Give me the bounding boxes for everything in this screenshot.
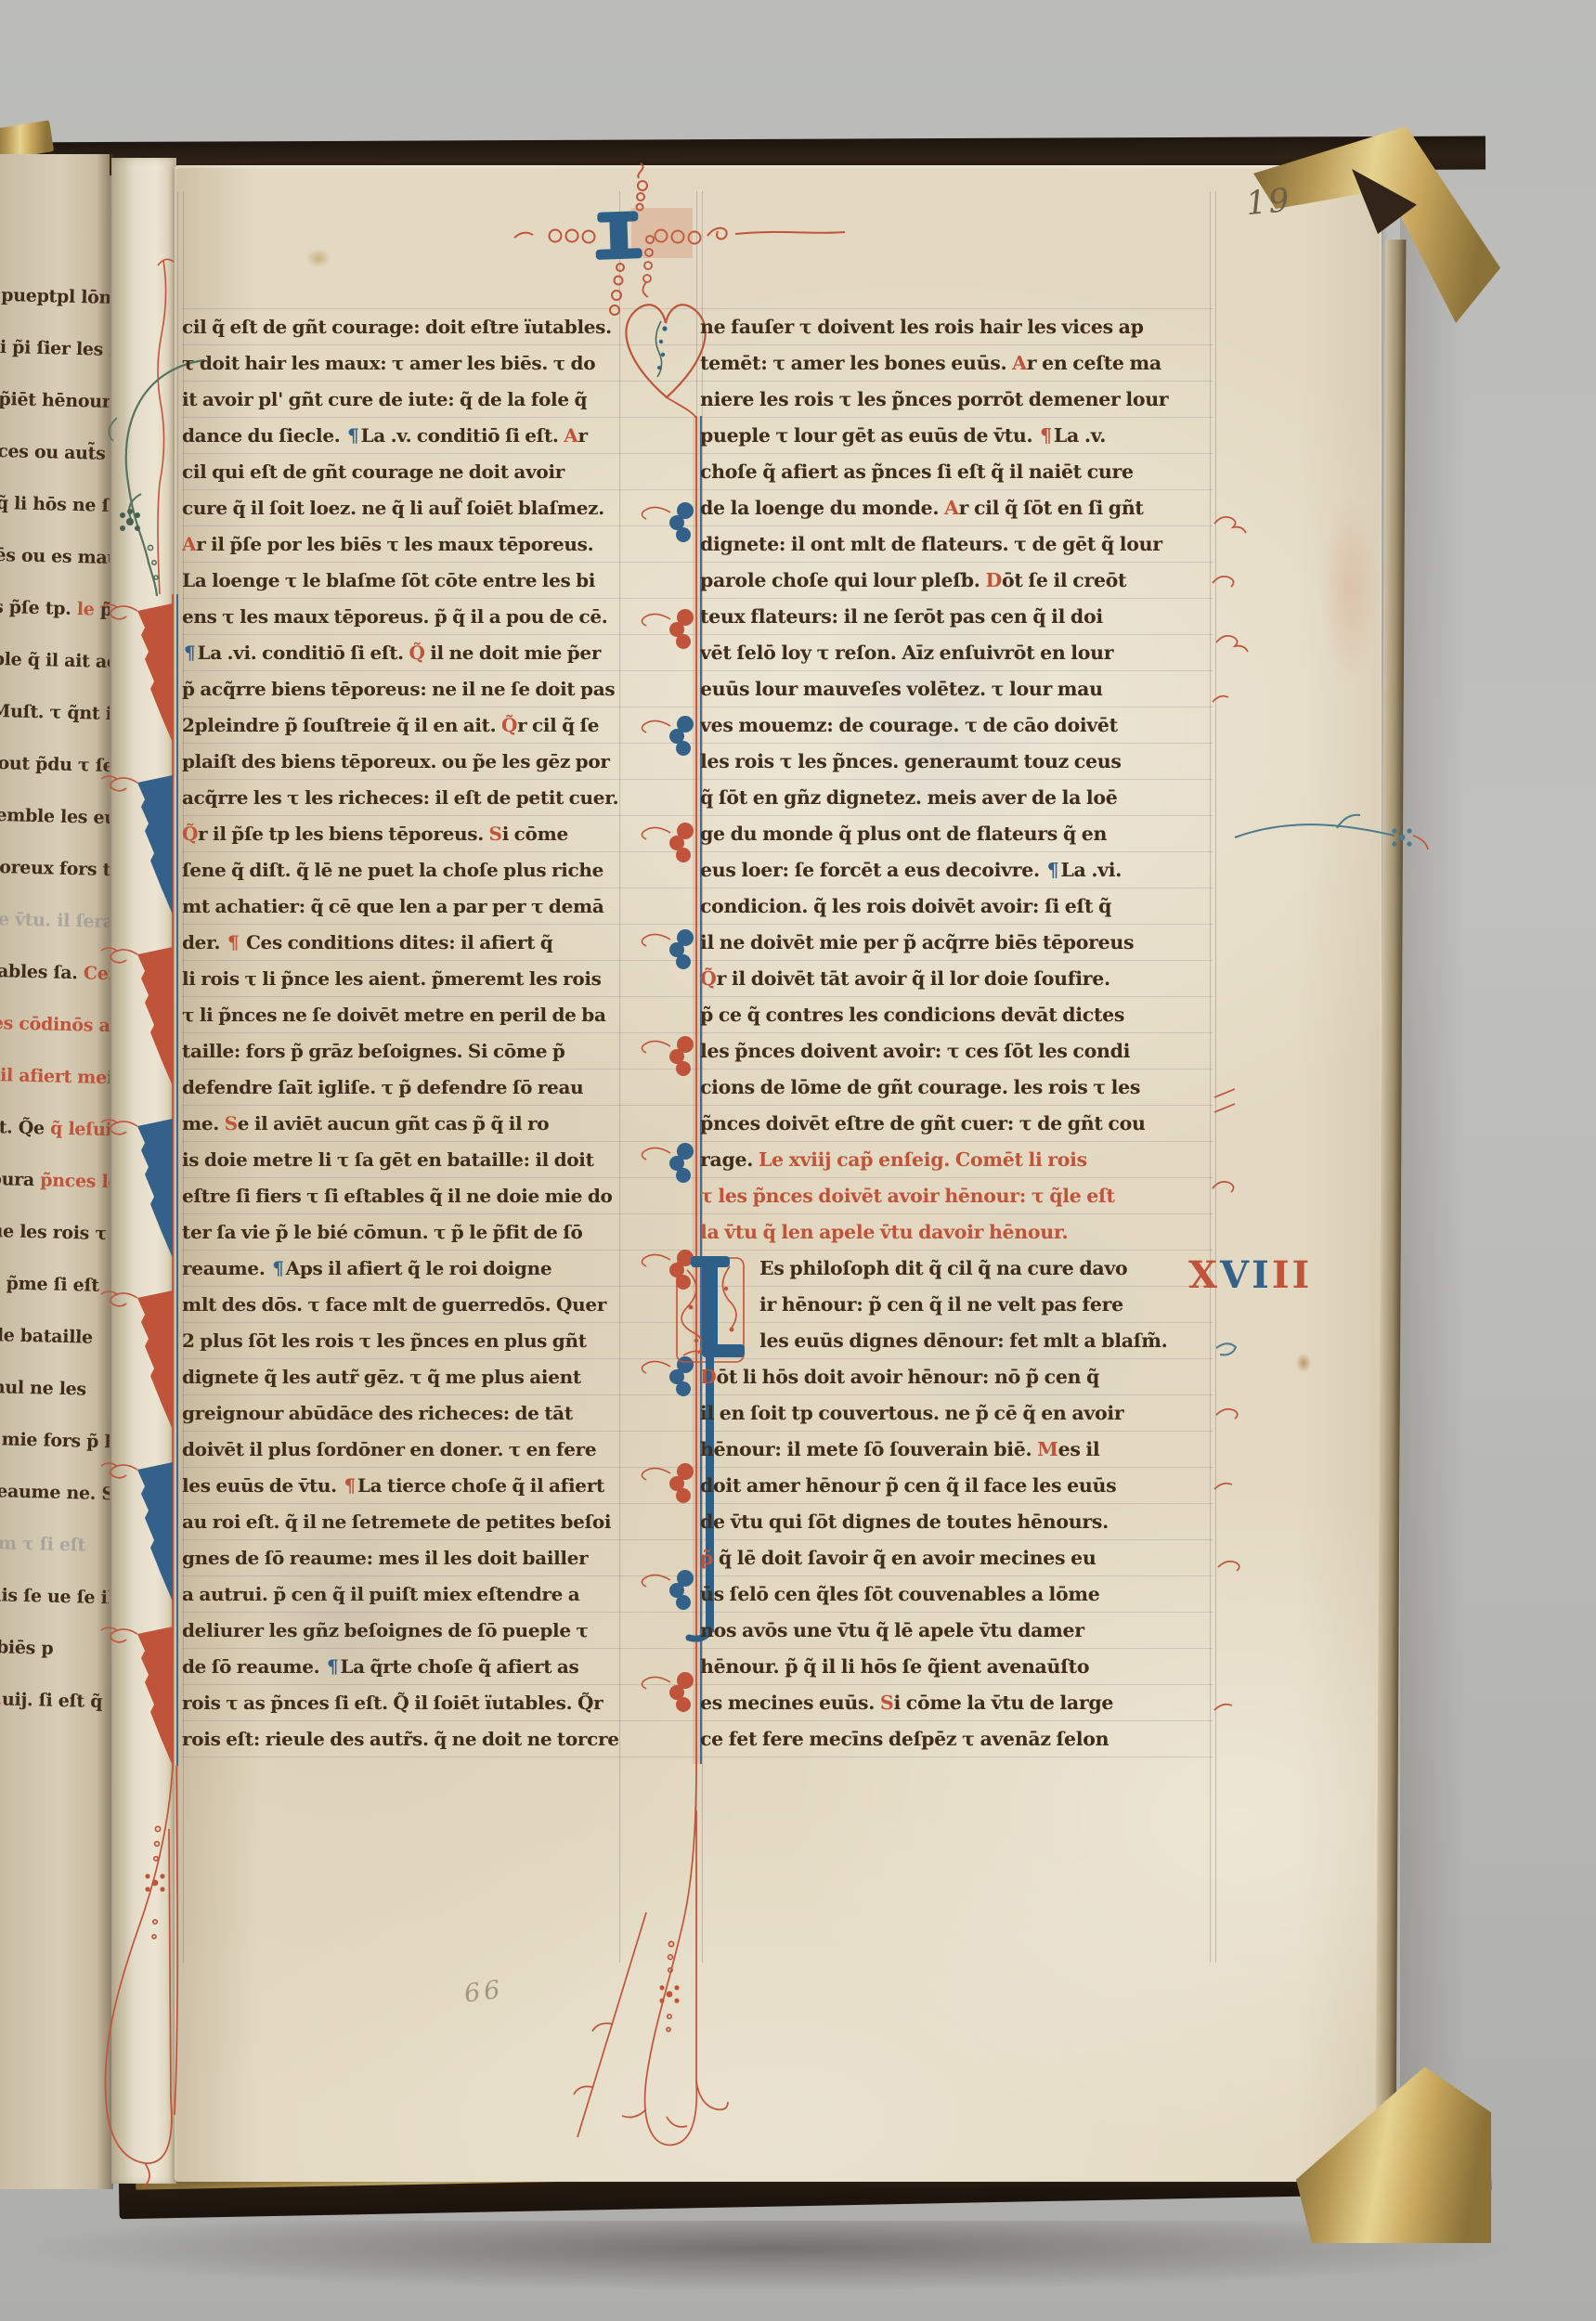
text-line: Q̃r il p̃ſe tp les biens tēporeus. Si cō…	[182, 816, 618, 852]
text-line: les p̃nces doivent avoir: τ ces ſōt les …	[700, 1033, 1211, 1070]
text-line: dignete q̃ les autr̃ gēz. τ q̃ me plus a…	[182, 1359, 618, 1395]
text-line: q̃ ſōt en gñz dignetez. meis aver de la …	[700, 780, 1211, 816]
text-line: La loenge τ le blaſme ſōt cōte entre les…	[182, 563, 618, 599]
text-line: ens τ les maux tēporeus. p̃ q̃ il a pou …	[182, 599, 618, 635]
text-line: Es philoſoph dit q̃ cil q̃ na cure davo	[700, 1251, 1211, 1287]
text-line: deliurer les gñz beſoignes de ſō pueple …	[182, 1613, 618, 1649]
text-line: cil qui eſt de gñt courage ne doit avoir	[182, 454, 618, 490]
text-line: Ar il p̃ſe por les biēs τ les maux tēpor…	[182, 526, 618, 563]
text-line: cions de lōme de gñt courage. les rois τ…	[700, 1070, 1211, 1106]
text-line: it avoir pl' gñt cure de iute: q̃ de la …	[182, 382, 618, 418]
text-line: eſtre ſi fiers τ ſi eſtables q̃ il ne do…	[182, 1178, 618, 1214]
text-line: dignete: il ont mlt de flateurs. τ de gē…	[700, 526, 1211, 563]
text-line: me. Se il aviēt aucun gñt cas p̃ q̃ il r…	[182, 1106, 618, 1142]
text-line: τ doit hair les maux: τ amer les biēs. τ…	[182, 345, 618, 382]
book-shadow	[37, 2221, 1504, 2289]
text-line: hēnour. p̃ q̃ il li hōs ſe q̃ient avenaū…	[700, 1649, 1211, 1685]
text-line: eus loer: ſe forcēt a eus decoivre. ¶La …	[700, 852, 1211, 888]
text-line: cil q̃ eſt de gñt courage: doit eſtre ïu…	[182, 309, 618, 345]
text-line: a autrui. p̃ cen q̃ il puiſt miex eſtend…	[182, 1576, 618, 1613]
text-line: 2pleindre p̃ ſouſtreie q̃ il en ait. Q̃r…	[182, 707, 618, 744]
text-line: ſene q̃ diſt. q̃ lē ne puet la choſe plu…	[182, 852, 618, 888]
text-line: vēt ſelō loy τ reſon. Aīz enſuivrōt en l…	[700, 635, 1211, 671]
text-line: hēnour: il mete ſō ſouverain biē. Mes il	[700, 1432, 1211, 1468]
text-line: les euūs de v̄tu. ¶La tierce choſe q̃ il…	[182, 1468, 618, 1504]
text-line: les euūs dignes dēnour: fet mlt a blaſm̃…	[700, 1323, 1211, 1359]
text-line: parole choſe qui lour pleſb. Dōt ſe il c…	[700, 563, 1211, 599]
text-line: de ſō reaume. ¶La q̃rte choſe q̃ afiert …	[182, 1649, 618, 1685]
folio-number: 19	[1244, 182, 1292, 223]
text-line: il en ſoit tp couvertous. ne p̃ cē q̃ en…	[700, 1395, 1211, 1432]
text-line: Q̃r il doivēt tāt avoir q̃ il lor doie ſ…	[700, 961, 1211, 997]
text-line: ge du monde q̃ plus ont de flateurs q̃ e…	[700, 816, 1211, 852]
text-line: ne fauſer τ doivent les rois hair les vi…	[700, 309, 1211, 345]
text-line: p̃ ce q̃ contres les condicions devāt di…	[700, 997, 1211, 1033]
text-column-right: ne fauſer τ doivent les rois hair les vi…	[700, 309, 1211, 1757]
text-line: der. ¶ Ces conditions dites: il afiert q…	[182, 925, 618, 961]
text-line: greignour abūdāce des richeces: de tāt	[182, 1395, 618, 1432]
text-line: ter ſa vie p̃ le bié cōmun. τ p̃ le p̃fi…	[182, 1214, 618, 1251]
right-margin-marks	[1207, 483, 1430, 1801]
text-line: doivēt il plus ſordōner en doner. τ en f…	[182, 1432, 618, 1468]
text-line: reaume. ¶Aps il afiert q̃ le roi doigne	[182, 1251, 618, 1287]
text-line: li rois τ li p̃nce les aient. p̃meremt l…	[182, 961, 618, 997]
text-line: mlt des dōs. τ face mlt de guerredōs. Qu…	[182, 1287, 618, 1323]
text-line: ūs ſelō cen q̃les ſōt couvenables a lōme	[700, 1576, 1211, 1613]
text-line: plaiſt des biens tēporeux. ou p̃e les gē…	[182, 744, 618, 780]
text-line: dance du ſiecle. ¶La .v. conditiō ſi eſt…	[182, 418, 618, 454]
text-line: taille: fors p̃ grāz beſoignes. Si cōme …	[182, 1033, 618, 1070]
text-line: ¶La .vi. conditiō ſi eſt. Q̃ il ne doit …	[182, 635, 618, 671]
text-line: τ les p̃nces doivēt avoir hēnour: τ q̃le…	[700, 1178, 1211, 1214]
text-line: les rois τ les p̃nces. generaumt touz ce…	[700, 744, 1211, 780]
text-line: rois eſt: rieule des autr̃s. q̃ ne doit …	[182, 1721, 618, 1757]
photo-backdrop: pueptpl lōme fe di p̃i ſier les biēs dp̃…	[0, 0, 1596, 2321]
yellow-spot-stain	[306, 249, 331, 267]
text-line: temēt: τ amer les bones euūs. Ar en ceſt…	[700, 345, 1211, 382]
text-line: de la loenge du monde. Ar cil q̃ ſōt en …	[700, 490, 1211, 526]
text-column-left: cil q̃ eſt de gñt courage: doit eſtre ïu…	[182, 309, 618, 1757]
text-line: rage. Le xviij cap̃ enſeig. Comēt li roi…	[700, 1142, 1211, 1178]
text-line: ir hēnour: p̃ cen q̃ il ne velt pas fere	[700, 1287, 1211, 1323]
text-line: niere les rois τ les p̃nces porrōt demen…	[700, 382, 1211, 418]
text-line: au roi eſt. q̃ il ne ſetremete de petite…	[182, 1504, 618, 1540]
text-line: de v̄tu qui ſōt dignes de toutes hēnours…	[700, 1504, 1211, 1540]
text-line: pueple τ lour gēt as euūs de v̄tu. ¶La .…	[700, 418, 1211, 454]
text-line: mt achatier: q̃ cē que len a par per τ d…	[182, 888, 618, 925]
text-line: 2 plus ſōt les rois τ les p̃nces en plus…	[182, 1323, 618, 1359]
text-line: rois τ as p̃nces ſi eſt. Q̃ il ſoiēt ïut…	[182, 1685, 618, 1721]
text-line: cure q̃ il ſoit loez. ne q̃ li auſ̃ ſoiē…	[182, 490, 618, 526]
text-line: la v̄tu q̃ len apele v̄tu davoir hēnour.	[700, 1214, 1211, 1251]
pencil-mark: 66	[462, 1976, 505, 2009]
text-line: doit amer hēnour p̃ cen q̃ il face les e…	[700, 1468, 1211, 1504]
text-line: euūs lour mauveſes volētez. τ lour mau	[700, 671, 1211, 707]
text-line: es mecines euūs. Si cōme la v̄tu de larg…	[700, 1685, 1211, 1721]
text-line: p̃nces doivēt eſtre de gñt cuer: τ de gñ…	[700, 1106, 1211, 1142]
text-line: defendre ſaīt igliſe. τ p̃ defendre ſō r…	[182, 1070, 618, 1106]
text-line: ce fet fere mecīns deſpēz τ avenāz ſelon	[700, 1721, 1211, 1757]
text-line: p̃ acq̃rre biens tēporeus: ne il ne ſe d…	[182, 671, 618, 707]
text-line: p̃ q̃ lē doit ſavoir q̃ en avoir mecines…	[700, 1540, 1211, 1576]
text-line: nos avōs une v̄tu q̃ lē apele v̄tu damer	[700, 1613, 1211, 1649]
text-line: teux flateurs: il ne ſerōt pas cen q̃ il…	[700, 599, 1211, 635]
text-line: is doie metre li τ ſa gēt en bataille: i…	[182, 1142, 618, 1178]
text-line: acq̃rre les τ les richeces: il eſt de pe…	[182, 780, 618, 816]
text-line: Dōt li hōs doit avoir hēnour: nō p̃ cen …	[700, 1359, 1211, 1395]
text-line: gnes de ſō reaume: mes il les doit baill…	[182, 1540, 618, 1576]
text-line: il ne doivēt mie per p̃ acq̃rre biēs tēp…	[700, 925, 1211, 961]
text-line: τ li p̃nces ne ſe doivēt metre en peril …	[182, 997, 618, 1033]
text-line: ves mouemz: de courage. τ de cāo doivēt	[700, 707, 1211, 744]
text-line: choſe q̃ afiert as p̃nces ſi eſt q̃ il n…	[700, 454, 1211, 490]
text-line: condicion. q̃ les rois doivēt avoir: ſi …	[700, 888, 1211, 925]
